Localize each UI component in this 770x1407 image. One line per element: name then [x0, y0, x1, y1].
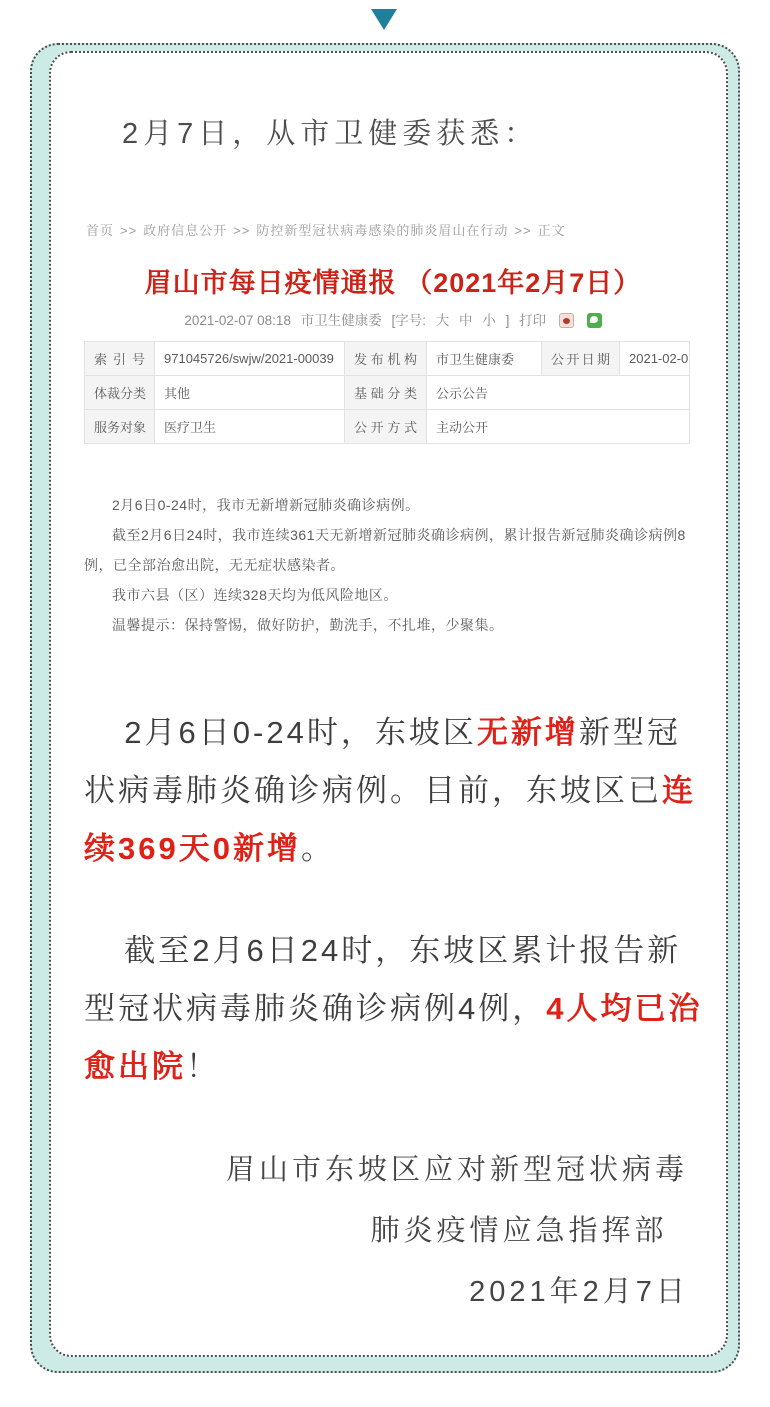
breadcrumb-info-link[interactable]: 政府信息公开: [143, 223, 227, 238]
info-value: 公示公告: [427, 376, 690, 410]
notice-meta: 2021-02-07 08:18 市卫生健康委 [字号: 大 中 小 ] 打印: [84, 309, 702, 329]
table-row: 服务对象 医疗卫生 公开方式 主动公开: [85, 410, 690, 444]
notice-paragraph: 温馨提示：保持警惕，做好防护，勤洗手，不扎堆，少聚集。: [84, 610, 691, 640]
font-size-small-button[interactable]: 小: [482, 313, 496, 328]
info-value: 其他: [155, 376, 345, 410]
card-content: 2月7日，从市卫健委获悉： 首页>>政府信息公开>>防控新型冠状病毒感染的肺炎眉…: [49, 51, 728, 1357]
notice-paragraph: 2月6日0-24时，我市无新增新冠肺炎确诊病例。: [84, 490, 691, 520]
highlight-section: 2月6日0-24时，东坡区无新增新型冠状病毒肺炎确诊病例。目前，东坡区已连续36…: [84, 704, 704, 1096]
breadcrumb-separator: >>: [514, 223, 531, 238]
info-value: 主动公开: [427, 410, 690, 444]
publish-source: 市卫生健康委: [301, 313, 382, 328]
font-size-label-close: ]: [506, 313, 510, 328]
signature-date: 2021年2月7日: [270, 1262, 728, 1323]
info-label: 索引号: [85, 342, 155, 376]
highlight-paragraph: 2月6日0-24时，东坡区无新增新型冠状病毒肺炎确诊病例。目前，东坡区已连续36…: [84, 704, 704, 878]
notice-title: 眉山市每日疫情通报 （2021年2月7日）: [84, 261, 702, 300]
signature-block: 眉山市东坡区应对新型冠状病毒 肺炎疫情应急指挥部 2021年2月7日: [84, 1140, 702, 1323]
table-row: 索引号 971045726/swjw/2021-00039 发布机构 市卫生健康…: [85, 342, 690, 376]
info-label: 体裁分类: [85, 376, 155, 410]
table-row: 体裁分类 其他 基础分类 公示公告: [85, 376, 690, 410]
breadcrumb-section-link[interactable]: 防控新型冠状病毒感染的肺炎眉山在行动: [256, 223, 508, 238]
print-button[interactable]: 打印: [519, 313, 546, 328]
signature-line: 眉山市东坡区应对新型冠状病毒: [148, 1140, 728, 1201]
info-value: 2021-02-07: [620, 342, 690, 376]
notice-body: 2月6日0-24时，我市无新增新冠肺炎确诊病例。 截至2月6日24时，我市连续3…: [84, 490, 691, 640]
down-triangle-icon: [371, 9, 397, 30]
info-value: 市卫生健康委: [427, 342, 542, 376]
breadcrumb-separator: >>: [120, 223, 137, 238]
highlight-paragraph: 截至2月6日24时，东坡区累计报告新型冠状病毒肺炎确诊病例4例，4人均已治愈出院…: [84, 922, 704, 1096]
info-label: 发布机构: [345, 342, 427, 376]
highlight-text: 2月6日0-24时，东坡区: [124, 715, 477, 750]
breadcrumb: 首页>>政府信息公开>>防控新型冠状病毒感染的肺炎眉山在行动>>正文: [86, 220, 702, 239]
notice-paragraph: 截至2月6日24时，我市连续361天无新增新冠肺炎确诊病例，累计报告新冠肺炎确诊…: [84, 520, 691, 580]
highlight-emphasis: 无新增: [477, 715, 579, 750]
breadcrumb-current: 正文: [538, 223, 566, 238]
breadcrumb-home-link[interactable]: 首页: [86, 223, 114, 238]
publish-datetime: 2021-02-07 08:18: [184, 313, 291, 328]
info-label: 公开日期: [542, 342, 620, 376]
signature-line: 肺炎疫情应急指挥部: [210, 1201, 728, 1262]
notice-paragraph: 我市六县（区）连续328天均为低风险地区。: [84, 580, 691, 610]
info-label: 公开方式: [345, 410, 427, 444]
info-table: 索引号 971045726/swjw/2021-00039 发布机构 市卫生健康…: [84, 341, 690, 444]
weibo-share-icon[interactable]: [559, 313, 574, 328]
font-size-medium-button[interactable]: 中: [459, 313, 473, 328]
breadcrumb-separator: >>: [233, 223, 250, 238]
info-label: 基础分类: [345, 376, 427, 410]
article-page: 2月7日，从市卫健委获悉： 首页>>政府信息公开>>防控新型冠状病毒感染的肺炎眉…: [0, 0, 770, 1407]
font-size-large-button[interactable]: 大: [436, 313, 450, 328]
gov-notice-screenshot: 首页>>政府信息公开>>防控新型冠状病毒感染的肺炎眉山在行动>>正文 眉山市每日…: [84, 220, 702, 640]
highlight-text: 。: [301, 831, 335, 866]
wechat-share-icon[interactable]: [587, 313, 602, 328]
intro-text: 2月7日，从市卫健委获悉：: [122, 111, 702, 152]
info-label: 服务对象: [85, 410, 155, 444]
highlight-text: ！: [186, 1049, 220, 1084]
info-value: 医疗卫生: [155, 410, 345, 444]
dotted-border-card: 2月7日，从市卫健委获悉： 首页>>政府信息公开>>防控新型冠状病毒感染的肺炎眉…: [30, 43, 740, 1373]
font-size-label: [字号:: [391, 313, 426, 328]
info-value: 971045726/swjw/2021-00039: [155, 342, 345, 376]
